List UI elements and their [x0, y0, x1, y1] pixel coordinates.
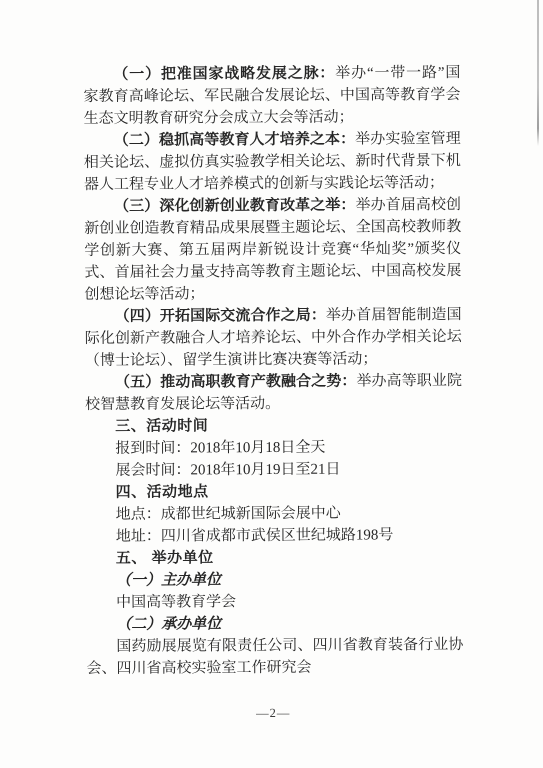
scanned-document-page: （一）把准国家战略发展之脉：举办“一带一路”国家教育高峰论坛、军民融合发展论坛、…: [0, 0, 543, 768]
lead-text-segment: （二）稳抓高等教育人才培养之本：: [114, 132, 356, 149]
text-line: 地址：四川省成都市武侯区世纪城路198号: [86, 524, 463, 548]
text-segment: 学创新大赛、第五届两岸新锐设计竞赛“华灿奖”颁奖仪: [84, 241, 461, 259]
text-segment: 中国高等教育学会: [116, 594, 236, 611]
lead-text-segment: （五）推动高职教育产教融合之势：: [115, 374, 357, 391]
hei-text-segment: 四、活动地点: [116, 483, 209, 500]
text-line: （四）开拓国际交流合作之局：举办首届智能制造国: [85, 304, 462, 328]
text-segment: 报到时间：2018年10月18日全天: [115, 440, 325, 457]
text-line: 国药励展展览有限责任公司、四川省教育装备行业协: [86, 634, 463, 658]
text-segment: 新创业创造教育精品成果展暨主题论坛、全国高校教师教: [84, 219, 461, 237]
text-line: 创想论坛等活动；: [84, 282, 461, 306]
text-line: （二）稳抓高等教育人才培养之本：举办实验室管理: [84, 128, 461, 152]
text-line: 学创新大赛、第五届两岸新锐设计竞赛“华灿奖”颁奖仪: [84, 238, 461, 262]
kai-text-segment: （一）主办单位: [116, 572, 221, 589]
page-number: —2—: [2, 701, 543, 726]
text-segment: 举办首届智能制造国: [326, 307, 462, 324]
text-line: （五）推动高职教育产教融合之势：举办高等职业院: [85, 370, 462, 394]
text-line: 会、四川省高校实验室工作研究会: [86, 656, 463, 680]
text-line: 报到时间：2018年10月18日全天: [85, 436, 462, 460]
hei-text-segment: 三、活动时间: [115, 417, 208, 434]
text-line: 际化创新产教融合人才培养论坛、中外合作办学相关论坛: [85, 326, 462, 350]
hei-text-segment: 五、 举办单位: [116, 549, 214, 567]
text-segment: 展会时间：2018年10月19日至21日: [115, 462, 340, 479]
text-segment: 校智慧教育发展论坛等活动。: [85, 396, 280, 413]
text-line: （一）把准国家战略发展之脉：举办“一带一路”国: [83, 62, 460, 86]
text-line: 新创业创造教育精品成果展暨主题论坛、全国高校教师教: [84, 216, 461, 240]
document-body: （一）把准国家战略发展之脉：举办“一带一路”国家教育高峰论坛、军民融合发展论坛、…: [83, 62, 463, 680]
text-segment: 式、首届社会力量支持高等教育主题论坛、中国高校发展: [84, 263, 461, 281]
text-segment: 生态文明教育研究分会成立大会等活动；: [84, 110, 354, 127]
text-segment: 器人工程专业人才培养模式的创新与实践论坛等活动；: [84, 175, 444, 193]
text-segment: 国药励展展览有限责任公司、四川省教育装备行业协: [116, 637, 463, 655]
text-line: 展会时间：2018年10月19日至21日: [85, 458, 462, 482]
text-line: （二）承办单位: [86, 612, 463, 636]
text-line: 地点：成都世纪城新国际会展中心: [86, 502, 463, 526]
text-segment: 家教育高峰论坛、军民融合发展论坛、中国高等教育学会: [83, 87, 460, 105]
text-segment: （博士论坛）、留学生演讲比赛决赛等活动；: [85, 351, 378, 369]
lead-text-segment: （三）深化创新创业教育改革之举：: [114, 198, 356, 215]
text-segment: 举办实验室管理: [355, 131, 461, 148]
text-line: 家教育高峰论坛、军民融合发展论坛、中国高等教育学会: [83, 84, 460, 108]
text-line: 生态文明教育研究分会成立大会等活动；: [84, 106, 461, 130]
text-line: 器人工程专业人才培养模式的创新与实践论坛等活动；: [84, 172, 461, 196]
text-line: （一）主办单位: [86, 568, 463, 592]
text-segment: 举办首届高校创: [355, 197, 461, 214]
text-segment: 举办“一带一路”国: [335, 65, 460, 82]
text-segment: 举办高等职业院: [356, 373, 462, 390]
text-line: 式、首届社会力量支持高等教育主题论坛、中国高校发展: [84, 260, 461, 284]
text-segment: 会、四川省高校实验室工作研究会: [86, 660, 311, 677]
text-line: 中国高等教育学会: [86, 590, 463, 614]
text-segment: 地点：成都世纪城新国际会展中心: [116, 506, 341, 523]
lead-text-segment: （一）把准国家战略发展之脉：: [113, 66, 335, 83]
kai-text-segment: （二）承办单位: [116, 616, 221, 633]
text-segment: 创想论坛等活动；: [84, 286, 204, 303]
text-line: 校智慧教育发展论坛等活动。: [85, 392, 462, 416]
text-segment: 地址：四川省成都市武侯区世纪城路198号: [116, 527, 394, 544]
text-line: （博士论坛）、留学生演讲比赛决赛等活动；: [85, 348, 462, 372]
text-line: 相关论坛、虚拟仿真实验教学相关论坛、新时代背景下机: [84, 150, 461, 174]
lead-text-segment: （四）开拓国际交流合作之局：: [115, 308, 326, 325]
text-segment: 相关论坛、虚拟仿真实验教学相关论坛、新时代背景下机: [84, 153, 461, 171]
text-line: 四、活动地点: [86, 480, 463, 504]
page-tilt-wrapper: （一）把准国家战略发展之脉：举办“一带一路”国家教育高峰论坛、军民融合发展论坛、…: [0, 0, 543, 768]
text-line: 五、 举办单位: [86, 546, 463, 570]
text-line: （三）深化创新创业教育改革之举：举办首届高校创: [84, 194, 461, 218]
text-segment: 际化创新产教融合人才培养论坛、中外合作办学相关论坛: [85, 329, 462, 347]
text-line: 三、活动时间: [85, 414, 462, 438]
